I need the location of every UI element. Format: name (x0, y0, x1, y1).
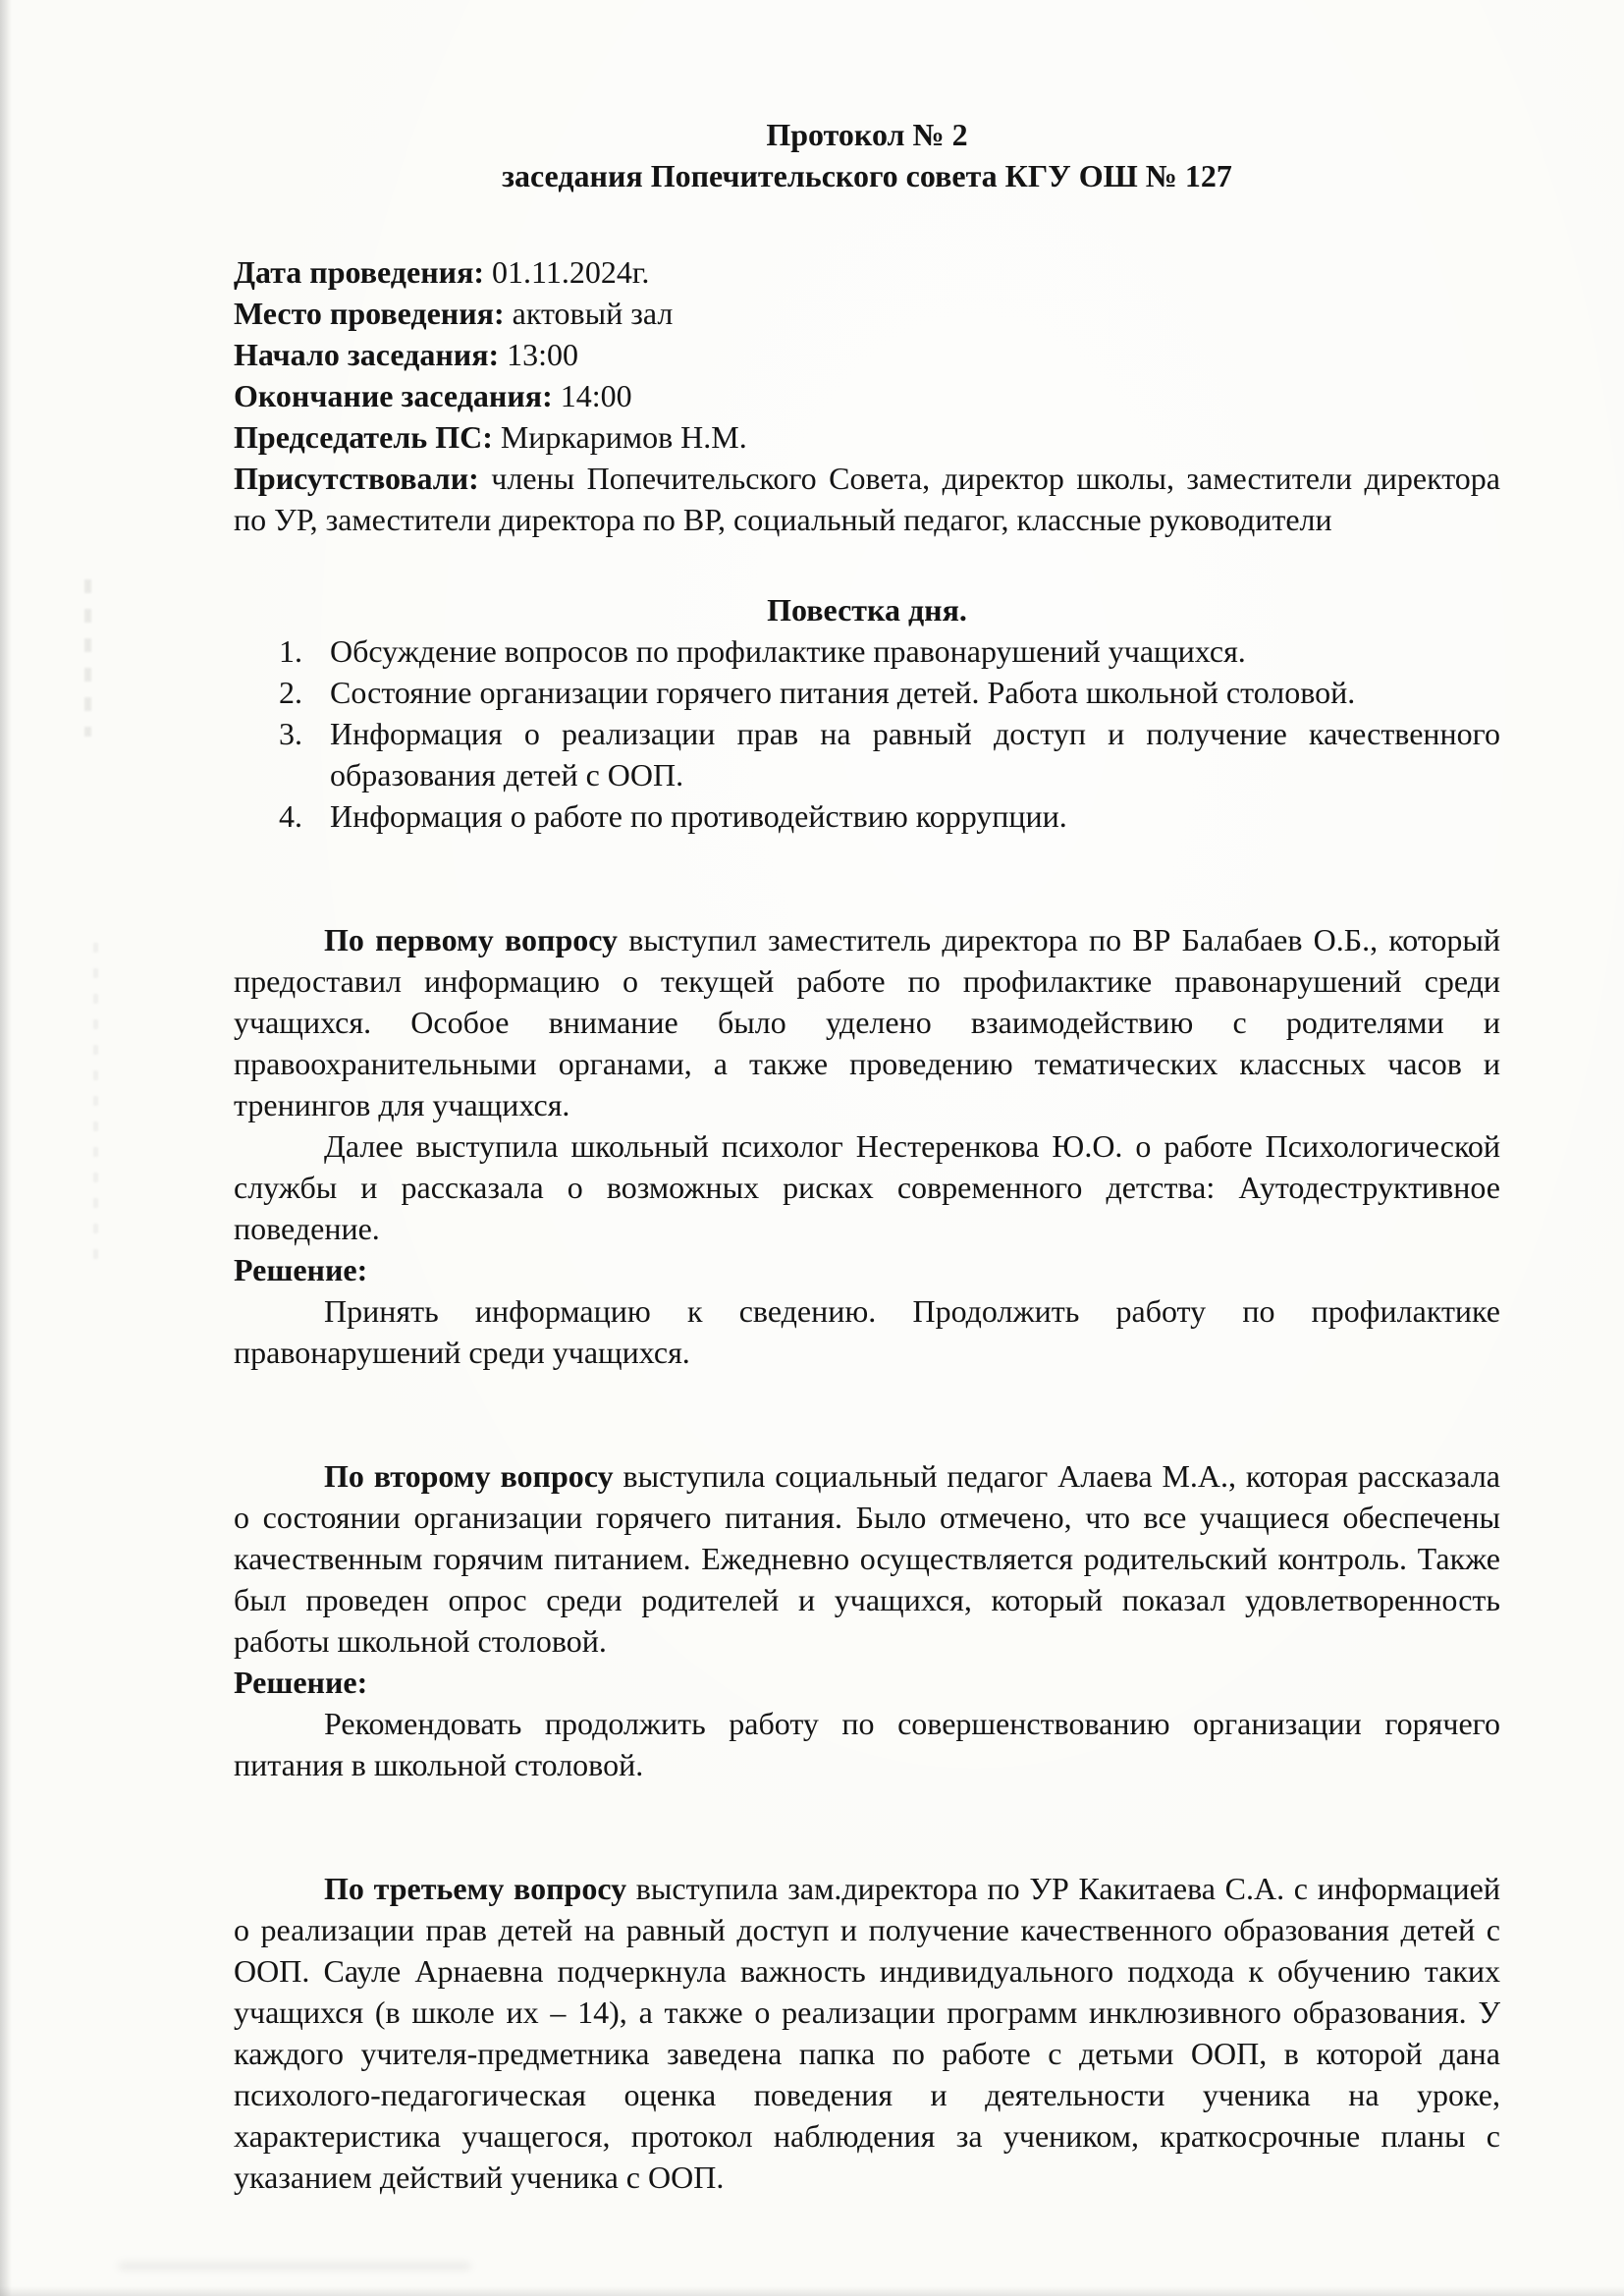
field-end-time-value: 14:00 (561, 378, 632, 413)
meta-fields: Дата проведения: 01.11.2024г. Место пров… (234, 251, 1500, 540)
section-1-decision-text: Принять информацию к сведению. Продолжит… (234, 1290, 1500, 1373)
field-attendees: Присутствовали: члены Попечительского Со… (234, 458, 1500, 540)
section-3-lead: По третьему вопросу (324, 1871, 626, 1906)
agenda-item-3-number: 3. (279, 713, 302, 754)
scan-artifact (118, 2262, 471, 2270)
section-1-lead: По первому вопросу (324, 922, 618, 957)
field-place-value: актовый зал (513, 296, 674, 331)
field-date-label: Дата проведения: (234, 254, 484, 290)
agenda-item-2: 2. Состояние организации горячего питани… (234, 672, 1500, 713)
agenda-list: 1. Обсуждение вопросов по профилактике п… (234, 630, 1500, 837)
title-line-1: Протокол № 2 (234, 114, 1500, 155)
agenda-item-4-text: Информация о работе по противодействию к… (330, 798, 1067, 834)
section-2-decision-text: Рекомендовать продолжить работу по совер… (234, 1703, 1500, 1785)
field-end-time: Окончание заседания: 14:00 (234, 375, 1500, 416)
field-date-value: 01.11.2024г. (492, 254, 649, 290)
field-chairman-value: Миркаримов Н.М. (501, 419, 747, 455)
field-start-time-value: 13:00 (507, 337, 578, 372)
field-attendees-label: Присутствовали: (234, 461, 479, 496)
field-place-label: Место проведения: (234, 296, 505, 331)
section-2-lead: По второму вопросу (324, 1458, 614, 1494)
scan-edge-shadow-bottom (0, 2286, 1624, 2296)
section-3-paragraph-1-text: выступила зам.директора по УР Какитаева … (234, 1871, 1500, 2195)
agenda-item-2-number: 2. (279, 672, 302, 713)
agenda-item-4: 4. Информация о работе по противодействи… (234, 795, 1500, 837)
agenda-item-4-number: 4. (279, 795, 302, 837)
document-title: Протокол № 2 заседания Попечительского с… (234, 114, 1500, 196)
field-start-time-label: Начало заседания: (234, 337, 499, 372)
agenda-item-1-number: 1. (279, 630, 302, 672)
section-2-paragraph-1: По второму вопросу выступила социальный … (234, 1455, 1500, 1662)
scan-artifact (93, 943, 98, 1267)
field-chairman: Председатель ПС: Миркаримов Н.М. (234, 416, 1500, 458)
field-start-time: Начало заседания: 13:00 (234, 334, 1500, 375)
title-line-2: заседания Попечительского совета КГУ ОШ … (234, 155, 1500, 196)
section-1-decision-label: Решение: (234, 1249, 1500, 1290)
agenda-item-3: 3. Информация о реализации прав на равны… (234, 713, 1500, 795)
section-1-paragraph-1: По первому вопросу выступил заместитель … (234, 919, 1500, 1125)
agenda-item-1-text: Обсуждение вопросов по профилактике прав… (330, 633, 1246, 669)
section-3-paragraph-1: По третьему вопросу выступила зам.директ… (234, 1868, 1500, 2198)
field-place: Место проведения: актовый зал (234, 293, 1500, 334)
document-content: Протокол № 2 заседания Попечительского с… (234, 114, 1500, 2198)
section-question-2: По второму вопросу выступила социальный … (234, 1455, 1500, 1785)
section-question-3: По третьему вопросу выступила зам.директ… (234, 1868, 1500, 2198)
section-2-decision-label: Решение: (234, 1662, 1500, 1703)
scan-edge-shadow (0, 0, 12, 2296)
field-date: Дата проведения: 01.11.2024г. (234, 251, 1500, 293)
field-end-time-label: Окончание заседания: (234, 378, 553, 413)
section-1-paragraph-2-text: Далее выступила школьный психолог Нестер… (234, 1128, 1500, 1246)
section-question-1: По первому вопросу выступил заместитель … (234, 919, 1500, 1373)
agenda-item-3-text: Информация о реализации прав на равный д… (330, 716, 1500, 793)
section-1-paragraph-2: Далее выступила школьный психолог Нестер… (234, 1125, 1500, 1249)
field-chairman-label: Председатель ПС: (234, 419, 493, 455)
agenda-heading: Повестка дня. (234, 589, 1500, 630)
scanned-document-page: Протокол № 2 заседания Попечительского с… (0, 0, 1624, 2296)
agenda-item-1: 1. Обсуждение вопросов по профилактике п… (234, 630, 1500, 672)
agenda-item-2-text: Состояние организации горячего питания д… (330, 675, 1355, 710)
scan-artifact (84, 579, 91, 737)
